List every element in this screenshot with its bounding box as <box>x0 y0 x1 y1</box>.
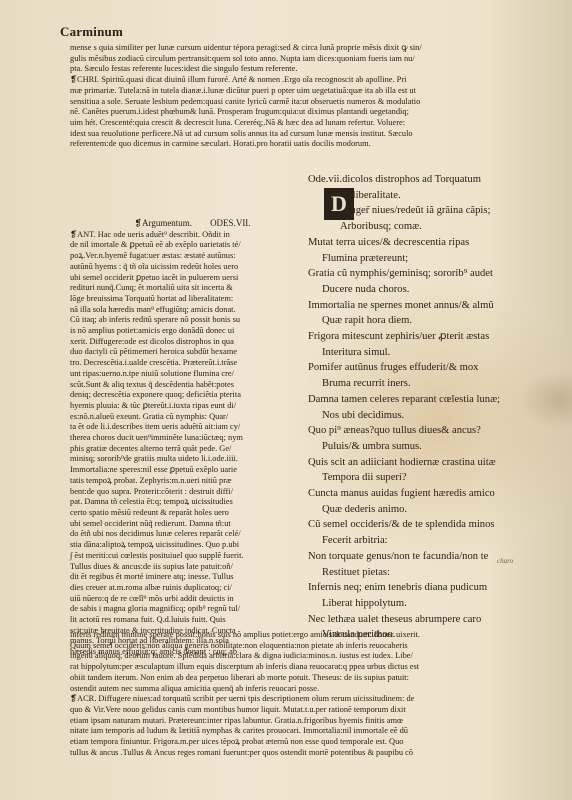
commentary-line: ubi semel occiderit ꝑpetuo iacẽt in pulu… <box>70 273 315 284</box>
commentary-line: idest sua reuolutione perficere.Nã ut ad… <box>70 129 570 140</box>
poem-heading: Ode.vii.dicolos distrophos ad Torquatum <box>308 172 568 188</box>
poem-line: Quæ dederis animo. <box>308 502 568 518</box>
commentary-line: deniq; decrescẽtia exponere quoq; defici… <box>70 390 315 401</box>
poem-line: Nec lethæa ualet theseus abrumpere caro <box>308 612 568 628</box>
poem-line: Liberat hippolytum. <box>308 596 568 612</box>
commentary-line: do ẽtñ ubi nos decidimus lunæ celeres re… <box>70 529 315 540</box>
commentary-line: Cũ itaq; ab inferis reditũ sperare nõ po… <box>70 315 315 326</box>
commentary-line: ostendit autem nec summa aliqua amicitia… <box>70 684 570 695</box>
commentary-line: minisq; sororib⁹de gratiis multa uideto … <box>70 454 315 465</box>
book-page: Carminum mense s quia similiter per lunæ… <box>0 0 572 800</box>
poem-line: Arboribusq; comæ. <box>308 219 568 235</box>
commentary-line: es:nõ.n.alueũ exeunt. Gratia cũ nymphis:… <box>70 412 315 423</box>
commentary-line: tatis tempoꝝ probat. Zephyris:m.n.ueri n… <box>70 476 315 487</box>
left-commentary-column: ❡Argumentum. ODES.VII. ❡ANT. Hac ode uer… <box>70 218 315 658</box>
commentary-line: obiit tandem iterum. Non enim ab dea per… <box>70 673 570 684</box>
poem-line: Restituet pietas: <box>308 565 568 581</box>
commentary-line: nitate iam temporis ad ludum & lætitiã n… <box>70 726 570 737</box>
commentary-line: quo & Vir.Vere nouo gelidus canis cum mo… <box>70 705 570 716</box>
poem-line: Quis scit an adiiciant hodiernæ crastina… <box>308 455 568 471</box>
commentary-line: uiũ nũero:q de re cœlĩ⁹ mõs urbi addit d… <box>70 594 315 605</box>
argument-label: ❡Argumentum. <box>134 218 192 228</box>
commentary-line: Immortalia:ne speres:nil esse ꝑpetuũ exẽ… <box>70 465 315 476</box>
bottom-commentary: inferis reditum minime sperare possit:bo… <box>70 630 570 758</box>
commentary-line: xerit. Diffugere:ode est dicolos distrop… <box>70 337 315 348</box>
poem-line: Bruma recurrit iners. <box>308 376 568 392</box>
poem-line: Nos ubi decidimus. <box>308 408 568 424</box>
running-header: Carminum <box>60 24 123 40</box>
poem-line: Flumina prætereunt; <box>308 251 568 267</box>
poem-line: Gratia cũ nymphis/geminisq; sororib⁹ aud… <box>308 266 568 282</box>
commentary-line: etiam tempora finiuntur. Frigora.m.per u… <box>70 737 570 748</box>
commentary-line: gulis mẽsibus zodiacũ circulum pertransi… <box>70 54 570 65</box>
commentary-line: ❡ANT. Hac ode ueris aduẽt⁹ describit. Oñ… <box>70 230 315 241</box>
commentary-line: lit actotũ res romana fuit. Q.d.luiuis f… <box>70 615 315 626</box>
poem-line: Cuncta manus auidas fugient hæredis amic… <box>308 486 568 502</box>
commentary-line: Tullus diues & ancus:de iis supius late … <box>70 562 315 573</box>
commentary-line: ubi semel occiderint nũq̃ redierunt. Dam… <box>70 519 315 530</box>
commentary-line: tullus & ancus .Tullus & Ancus reges rom… <box>70 748 570 759</box>
commentary-line: redituri nunq̃.Cunq; ẽt mortaliũ uita si… <box>70 283 315 294</box>
poem-line: Fecerit arbitria: <box>308 533 568 549</box>
commentary-line: nã illa sola hæredis man⁹ effugiũtq; ami… <box>70 305 315 316</box>
poem-line: Cũ semel occideris/& de te splendida min… <box>308 517 568 533</box>
commentary-line: de nil imortale & ꝑpetuũ eẽ ab exẽplo ua… <box>70 240 315 251</box>
commentary-line: scũt.Sunt & aliq textus q̃ descẽdentia h… <box>70 380 315 391</box>
poem-line: Pomifer autũnus fruges effuderit/& mox <box>308 360 568 376</box>
commentary-line: ❡CHRI. Spiritũ.quasi dicat diuinũ illum … <box>70 75 570 86</box>
poem-line: Ducere nuda choros. <box>308 282 568 298</box>
top-commentary: mense s quia similiter per lunæ cursum u… <box>70 43 570 150</box>
commentary-line: ta ẽt ode li.i.describes item ueris aduẽ… <box>70 422 315 433</box>
commentary-line: rat hippolytum:per æsculaptum illum equi… <box>70 662 570 673</box>
poem-line: Quæ rapit hora diem. <box>308 313 568 329</box>
commentary-line: mæ primariæ. Tutela:nã in tutela dianæ.i… <box>70 86 570 97</box>
poem-line: Immortalia ne spernes monet annus/& almũ <box>308 298 568 314</box>
commentary-line: Quum semel occideris:non aliqua generis … <box>70 641 570 652</box>
poem-line: Puluis/& umbra sumus. <box>308 439 568 455</box>
poem-line: Frigora mitescunt zephiris/uer ꝓterit æs… <box>308 329 568 345</box>
commentary-line: lõge breuissima Torquatũ hortat ad liber… <box>70 294 315 305</box>
poem-line: Quo pi⁹ æneas?quo tullus diues& ancus? <box>308 423 568 439</box>
commentary-line: dit ẽt regibus ẽt morté iminere atq; ine… <box>70 572 315 583</box>
commentary-line: referentem:de quo dicemus in carmine sæc… <box>70 139 570 150</box>
poem-line: Damna tamen celeres reparant cœlestia lu… <box>308 392 568 408</box>
commentary-line: mense s quia similiter per lunæ cursum u… <box>70 43 570 54</box>
commentary-line: etiam ipsam naturam mutari. Prætereunt:i… <box>70 716 570 727</box>
commentary-line: stia dãna:aliptoꝝ tempoꝝ uicissitudines.… <box>70 540 315 551</box>
odes-number: ODES.VII. <box>210 218 251 228</box>
commentary-line: dies creuer at.m.roma albæ ruinis duplic… <box>70 583 315 594</box>
commentary-line: nẽ. Canẽtes puerum.i.idest phœbum& lunã.… <box>70 107 570 118</box>
commentary-line: inferis reditum minime sperare possit:bo… <box>70 630 570 641</box>
commentary-line: ∫ ẽst meriti:cui cœlestis posituiuel quo… <box>70 551 315 562</box>
commentary-line: duo dactyli cũ pẽtimemeri heroica subdũt… <box>70 347 315 358</box>
poem-line: Non torquate genus/non te facundia/non t… <box>308 549 568 565</box>
commentary-line: ❡ACR. Diffugere niues:ad torquatũ scribi… <box>70 694 570 705</box>
decorated-initial: D <box>324 188 354 220</box>
poem-line: Tempora dii superi? <box>308 470 568 486</box>
commentary-line: poꝝ.Ver.n.hyemẽ fugat:uer æstas: æstaté … <box>70 251 315 262</box>
commentary-line: bent:de quo supra. Proterit:cõterit : de… <box>70 487 315 498</box>
commentary-line: pta. Sæculo festas referente luces:idest… <box>70 64 570 75</box>
commentary-line: sensitiua a sole. Seruate lesbium pedem:… <box>70 97 570 108</box>
commentary-line: uim hét. Crescenté:quia crescit & decres… <box>70 118 570 129</box>
commentary-line: is nõ amplius potiet:amicis ergo donãdũ … <box>70 326 315 337</box>
poem-column: D Ode.vii.dicolos distrophos ad Torquatu… <box>308 172 568 643</box>
commentary-line: tro. Decrescẽtia.i.ualde crescẽtia. Præt… <box>70 358 315 369</box>
commentary-line: de sabis i magna gloria magnificq; opib⁹… <box>70 604 315 615</box>
poem-line: Interitura simul. <box>308 345 568 361</box>
handwritten-margin-note: charo <box>497 557 513 565</box>
poem-line: Mutat terra uices/& decrescentia ripas <box>308 235 568 251</box>
commentary-line: therea choros ducit uen⁹imminẽte luna:iũ… <box>70 433 315 444</box>
commentary-line: unt ripas:uerno.n.tpe niuiũ solutione fl… <box>70 369 315 380</box>
poem-line: Infernis neq; enim tenebris diana pudicu… <box>308 580 568 596</box>
commentary-line: phis gratiæ decentes alterno terrã quãt … <box>70 444 315 455</box>
commentary-line: autũnũ hyems : q̃ tñ oĩa uicissim redeũt… <box>70 262 315 273</box>
commentary-line: hyemis pluuia: & tũc ꝑtereũt.i.iuxta rip… <box>70 401 315 412</box>
commentary-line: pat. Damna tñ celestia ẽt:q; tempoꝝ uici… <box>70 497 315 508</box>
commentary-line: ingẽnũ aliquoq; deorum fauore. Splẽdida … <box>70 651 570 662</box>
argument-heading: ❡Argumentum. ODES.VII. <box>70 218 315 229</box>
commentary-line: certo spatio mẽsiũ redeunt & reparãt hoĩ… <box>70 508 315 519</box>
